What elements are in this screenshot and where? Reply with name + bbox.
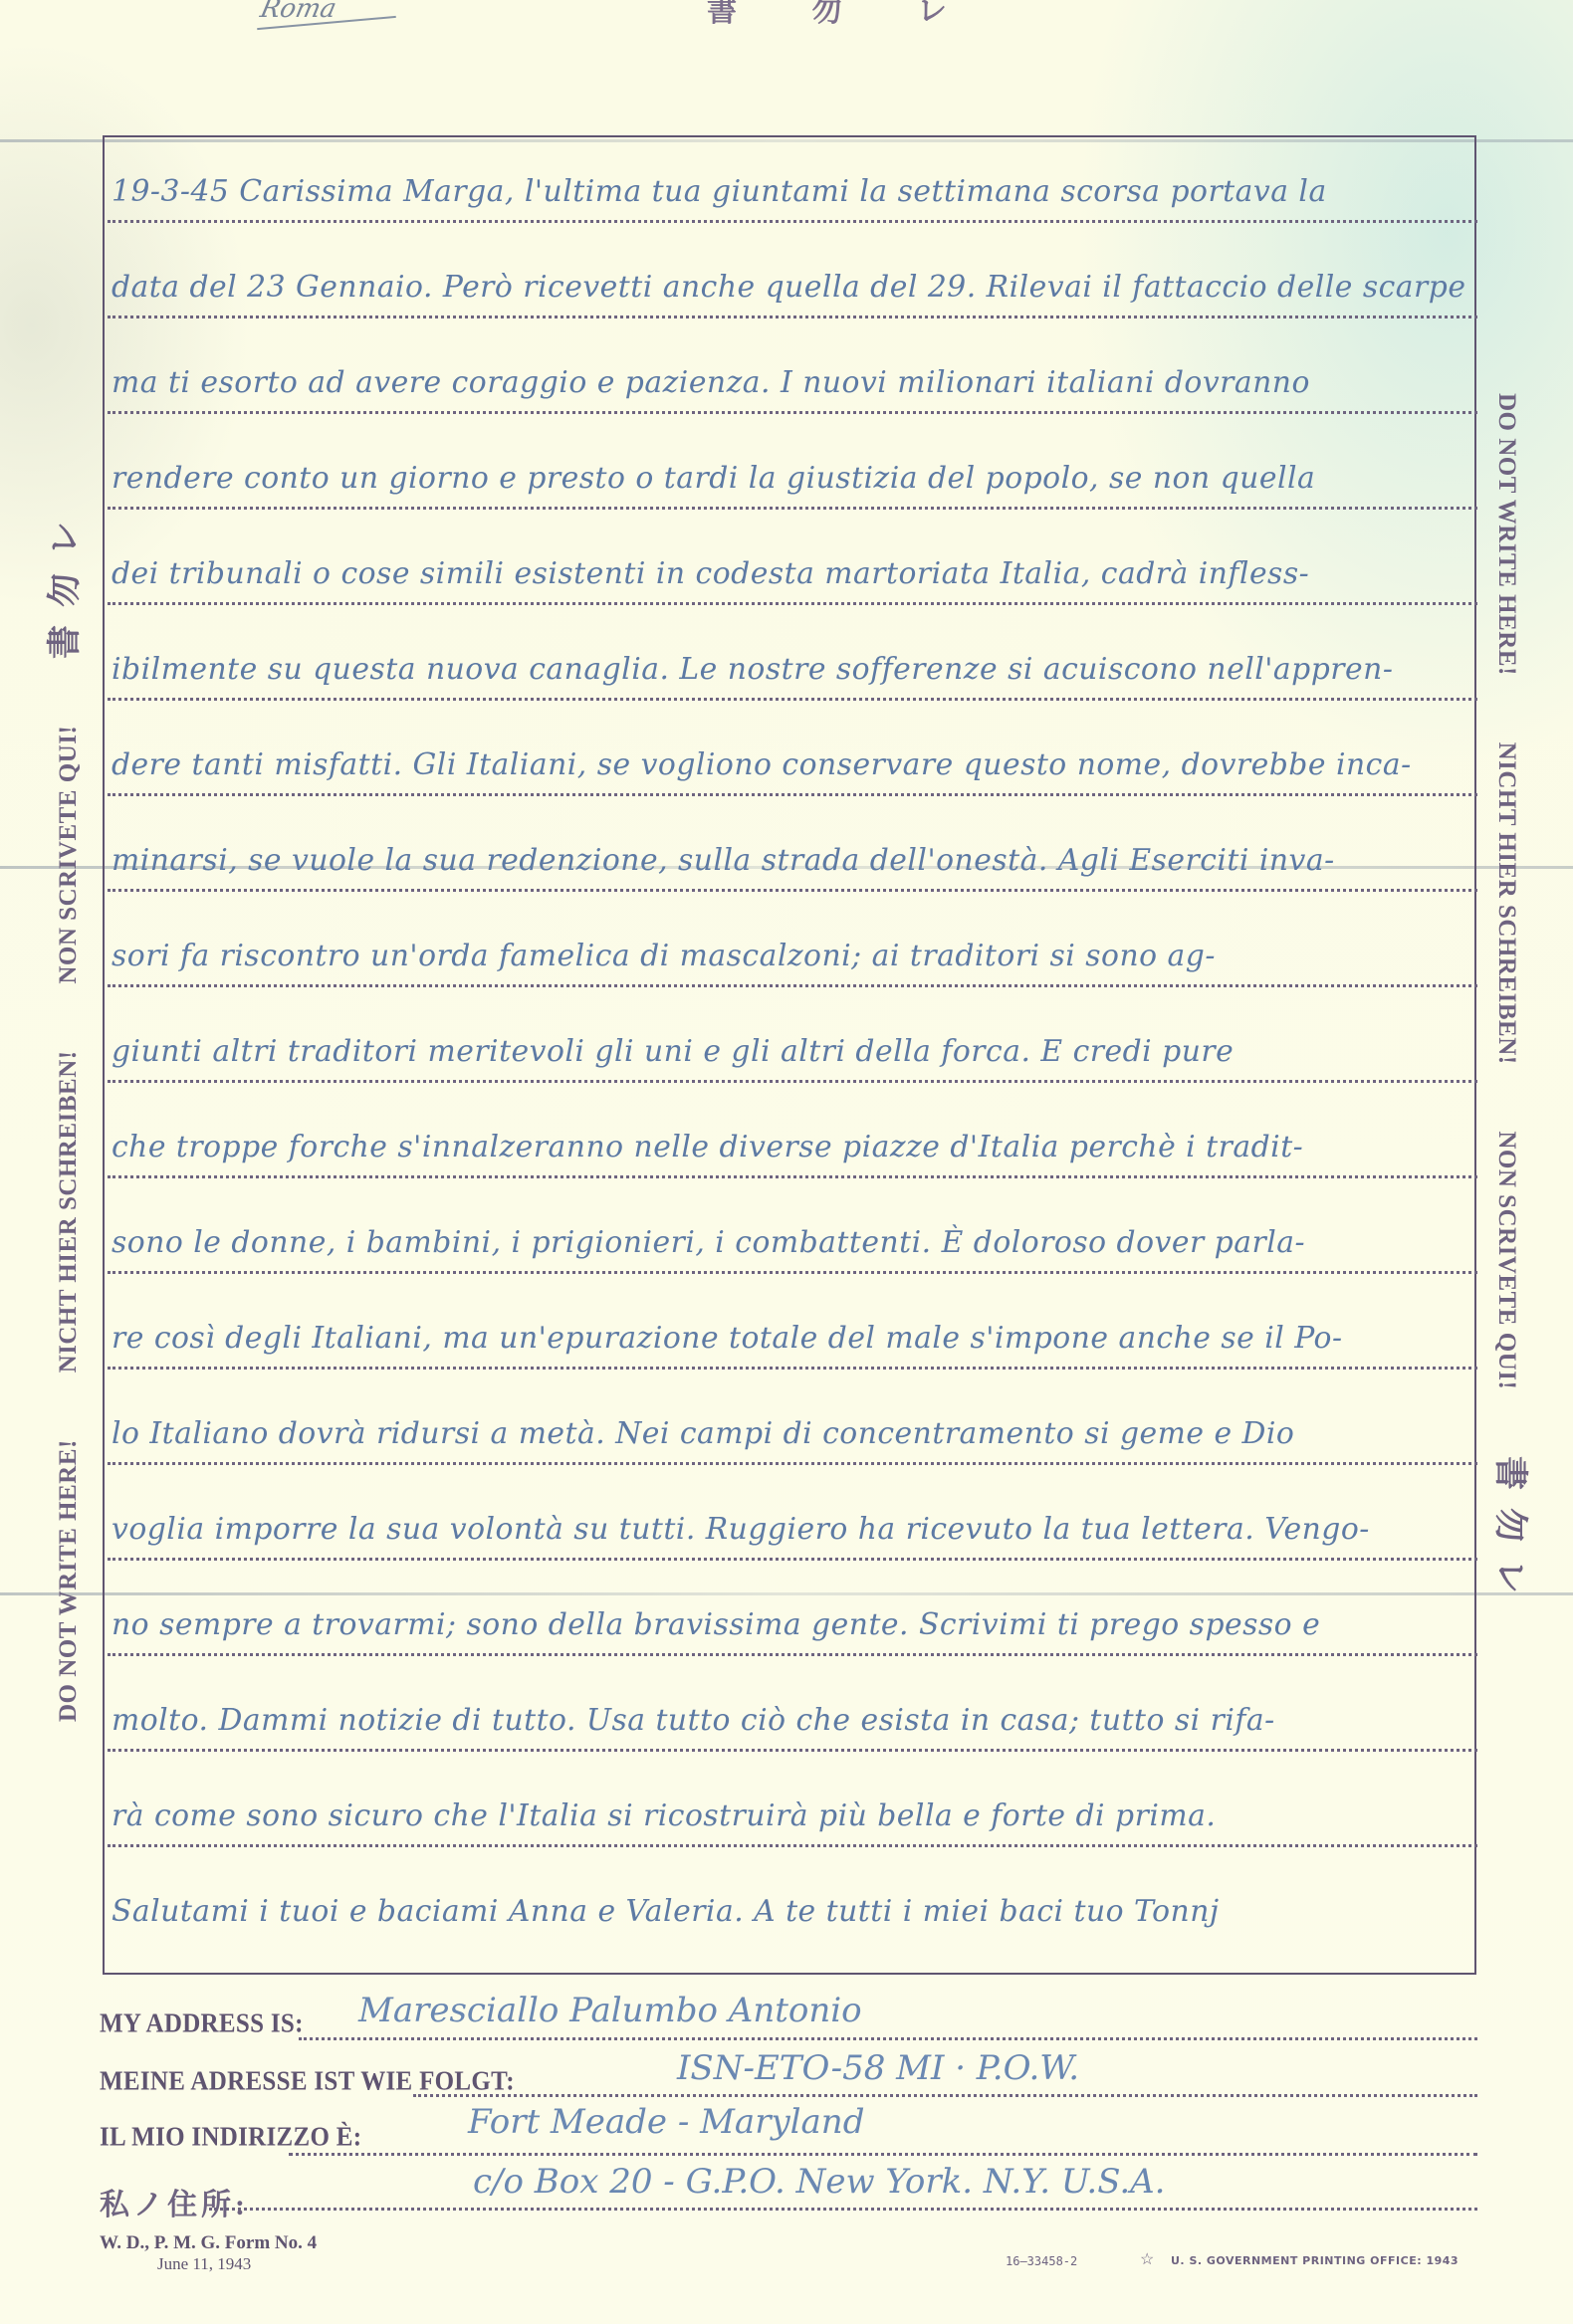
letter-line: sori fa riscontro un'orda famelica di ma… bbox=[112, 939, 1465, 998]
cjk-address-value: c/o Box 20 - G.P.O. New York. N.Y. U.S.A… bbox=[473, 2162, 1166, 2202]
cjk-address-label: 私ノ住所: bbox=[100, 2180, 249, 2223]
top-note: Roma bbox=[258, 0, 339, 24]
cjk-warning-text: 書勿レ bbox=[1491, 1456, 1528, 1611]
meine-adresse-line bbox=[413, 2094, 1477, 2097]
non-scrivete-text: NON SCRIVETE QUI! bbox=[55, 726, 82, 984]
do-not-write-text: DO NOT WRITE HERE! bbox=[1493, 393, 1520, 676]
my-address-line bbox=[299, 2037, 1477, 2040]
letter-line: voglia imporre la sua volontà su tutti. … bbox=[112, 1512, 1465, 1572]
non-scrivete-text: NON SCRIVETE QUI! bbox=[1493, 1131, 1520, 1389]
letter-line: dere tanti misfatti. Gli Italiani, se vo… bbox=[112, 747, 1465, 807]
nicht-hier-text: NICHT HIER SCHREIBEN! bbox=[1493, 742, 1520, 1065]
letter-line: no sempre a trovarmi; sono della braviss… bbox=[112, 1607, 1465, 1667]
mio-indirizzo-value: Fort Meade - Maryland bbox=[468, 2102, 864, 2142]
meine-adresse-label: MEINE ADRESSE IST WIE FOLGT: bbox=[100, 2067, 515, 2098]
letter-line: data del 23 Gennaio. Però ricevetti anch… bbox=[112, 270, 1465, 329]
letter-line: ma ti esorto ad avere coraggio e pazienz… bbox=[112, 365, 1465, 425]
letter-line: sono le donne, i bambini, i prigionieri,… bbox=[112, 1225, 1465, 1285]
letter-line: dei tribunali o cose simili esistenti in… bbox=[112, 556, 1465, 616]
letter-line: rà come sono sicuro che l'Italia si rico… bbox=[112, 1798, 1465, 1858]
meine-adresse-value: ISN-ETO-58 MI · P.O.W. bbox=[677, 2048, 1079, 2088]
margin-warning-right: DO NOT WRITE HERE! NICHT HIER SCHREIBEN!… bbox=[1489, 393, 1538, 1611]
top-stamp: 書 勿 レ bbox=[707, 0, 981, 30]
letter-line: minarsi, se vuole la sua redenzione, sul… bbox=[112, 843, 1465, 903]
star-icon: ☆ bbox=[1140, 2249, 1154, 2269]
my-address-value: Maresciallo Palumbo Antonio bbox=[358, 1991, 862, 2030]
letter-line: giunti altri traditori meritevoli gli un… bbox=[112, 1034, 1465, 1094]
letter-line: 19-3-45 Carissima Marga, l'ultima tua gi… bbox=[112, 174, 1465, 234]
letter-line: Salutami i tuoi e baciami Anna e Valeria… bbox=[112, 1894, 1465, 1954]
cjk-address-line bbox=[209, 2208, 1477, 2211]
margin-warning-left: DO NOT WRITE HERE! NICHT HIER SCHREIBEN!… bbox=[37, 504, 86, 1722]
form-date: June 11, 1943 bbox=[157, 2254, 251, 2274]
cjk-warning-text: 書勿レ bbox=[47, 504, 84, 659]
letter-line: re così degli Italiani, ma un'epurazione… bbox=[112, 1321, 1465, 1380]
my-address-label: MY ADDRESS IS: bbox=[100, 2009, 304, 2040]
letter-line: ibilmente su questa nuova canaglia. Le n… bbox=[112, 652, 1465, 712]
letter-line: che troppe forche s'innalzeranno nelle d… bbox=[112, 1130, 1465, 1189]
form-number: W. D., P. M. G. Form No. 4 bbox=[100, 2232, 317, 2254]
print-code: 16—33458-2 bbox=[1006, 2254, 1077, 2268]
letter-line: molto. Dammi notizie di tutto. Usa tutto… bbox=[112, 1703, 1465, 1763]
print-office: U. S. GOVERNMENT PRINTING OFFICE: 1943 bbox=[1171, 2254, 1459, 2267]
do-not-write-text: DO NOT WRITE HERE! bbox=[55, 1439, 82, 1722]
nicht-hier-text: NICHT HIER SCHREIBEN! bbox=[55, 1050, 82, 1373]
letter-line: rendere conto un giorno e presto o tardi… bbox=[112, 461, 1465, 521]
mio-indirizzo-label: IL MIO INDIRIZZO È: bbox=[100, 2123, 361, 2154]
mio-indirizzo-line bbox=[289, 2153, 1477, 2156]
letter-line: lo Italiano dovrà ridursi a metà. Nei ca… bbox=[112, 1416, 1465, 1476]
